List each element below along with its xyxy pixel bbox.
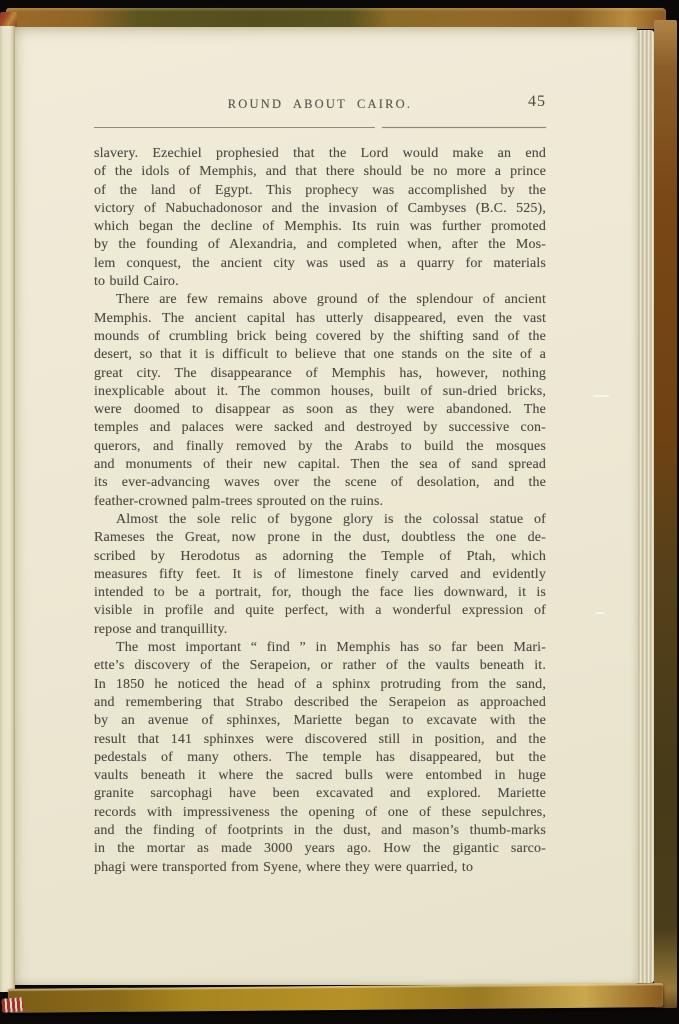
text-line: phagi were transported from Syene, where… [94,859,546,877]
text-line: desert, so that it is difficult to belie… [94,346,546,364]
book-top-edge [6,8,666,29]
running-title: ROUND ABOUT CAIRO. [94,97,546,112]
text-line: and the finding of footprints in the dus… [94,822,546,840]
text-line: and remembering that Strabo described th… [94,694,546,712]
text-line: result that 141 sphinxes were discovered… [94,731,546,749]
text-line: visible in profile and quite perfect, wi… [94,602,546,620]
text-line: pedestals of many others. The temple has… [94,749,546,767]
headband-top [0,12,17,27]
book-cover-right [654,20,677,1008]
text-line: which began the decline of Memphis. Its … [94,218,546,236]
text-line: to build Cairo. [94,273,546,291]
text-line: Almost the sole relic of bygone glory is… [94,511,546,529]
text-line: feather-crowned palm-trees sprouted on t… [94,493,546,511]
page: ROUND ABOUT CAIRO. 45 slavery. Ezechiel … [15,27,637,985]
headband-bottom [2,997,24,1012]
text-line: and monuments of their new capital. Then… [94,456,546,474]
scan-scratch [595,612,605,614]
text-line: of the land of Egypt. This prophecy was … [94,182,546,200]
text-line: by an avenue of sphinxes, Mariette began… [94,712,546,730]
text-line: were doomed to disappear as soon as they… [94,401,546,419]
text-line: by the founding of Alexandria, and compl… [94,236,546,254]
header-rule [94,127,546,128]
text-line: slavery. Ezechiel prophesied that the Lo… [94,145,546,163]
page-header: ROUND ABOUT CAIRO. 45 [94,97,546,117]
book-bottom-edge [8,983,663,1013]
left-page-edges [0,26,15,992]
text-line: querors, and finally removed by the Arab… [94,438,546,456]
text-line: its ever-advancing waves over the scene … [94,474,546,492]
photo-background: ROUND ABOUT CAIRO. 45 slavery. Ezechiel … [0,0,679,1024]
text-line: Memphis. The ancient capital has utterly… [94,310,546,328]
text-line: ette’s discovery of the Serapeion, or ra… [94,657,546,675]
right-page-edges [637,30,654,983]
text-line: of the idols of Memphis, and that there … [94,163,546,181]
text-line: Rameses the Great, now prone in the dust… [94,529,546,547]
paragraph: There are few remains above ground of th… [94,291,546,511]
page-number: 45 [528,93,546,111]
text-line: inexplicable about it. The common houses… [94,383,546,401]
text-line: victory of Nabuchadonosor and the invasi… [94,200,546,218]
text-line: intended to be a portrait, for, though t… [94,584,546,602]
text-line: measures fifty feet. It is of limestone … [94,566,546,584]
paragraph: slavery. Ezechiel prophesied that the Lo… [94,145,546,291]
header-rule-right [382,127,546,128]
text-line: mounds of crumbling brick being covered … [94,328,546,346]
text-line: vaults beneath it where the sacred bulls… [94,767,546,785]
text-line: in the mortar as made 3000 years ago. Ho… [94,840,546,858]
text-line: scribed by Herodotus as adorning the Tem… [94,548,546,566]
paragraph: Almost the sole relic of bygone glory is… [94,511,546,639]
text-line: temples and palaces were sacked and dest… [94,419,546,437]
text-line: The most important “ find ” in Memphis h… [94,639,546,657]
text-line: great city. The disappearance of Memphis… [94,365,546,383]
paragraph: The most important “ find ” in Memphis h… [94,639,546,877]
text-line: records with impressiveness the opening … [94,804,546,822]
text-line: granite sarcophagi have been excavated a… [94,785,546,803]
body-text: slavery. Ezechiel prophesied that the Lo… [94,145,546,877]
text-line: There are few remains above ground of th… [94,291,546,309]
scan-scratch [593,395,609,397]
text-line: repose and tranquillity. [94,621,546,639]
header-rule-left [94,127,375,128]
text-line: In 1850 he noticed the head of a sphinx … [94,676,546,694]
text-line: lem conquest, the ancient city was used … [94,255,546,273]
